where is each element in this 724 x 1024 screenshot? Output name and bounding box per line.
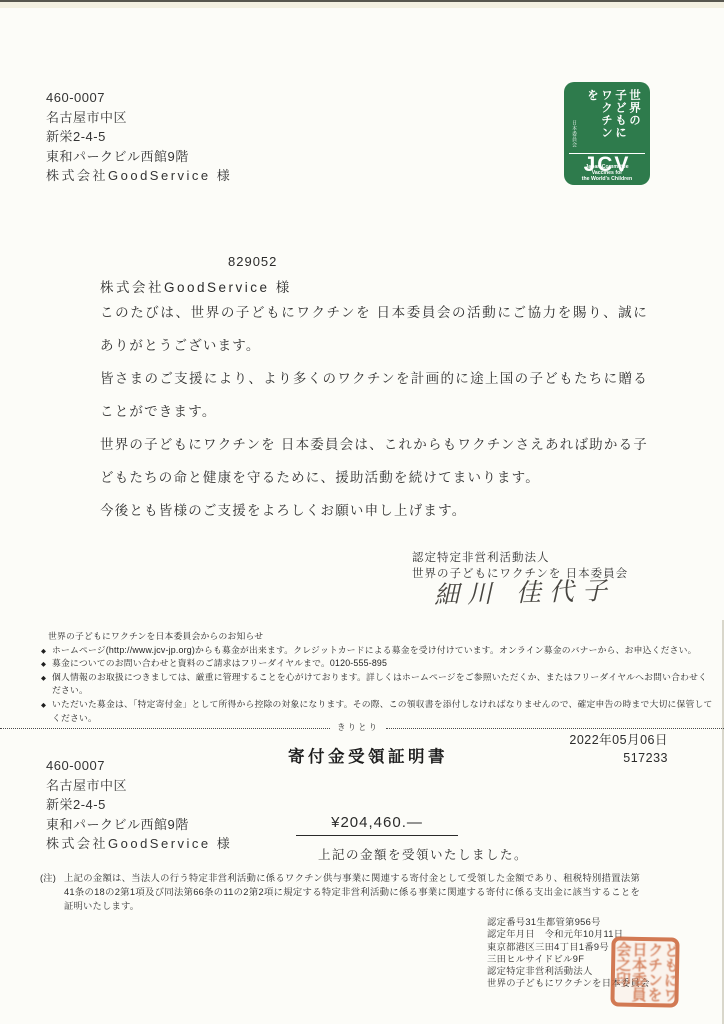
note-text: 上記の金額は、当法人の行う特定非営利活動に係るワクチン供与事業に関連する寄付金と… (40, 872, 640, 913)
notice-bullet-text: ホームページ(http://www.jcv-jp.org)からも募金が出来ます。… (52, 645, 697, 655)
notice-section: 世界の子どもにワクチンを日本委員会からのお知らせ ◆ ホームページ(http:/… (40, 630, 716, 725)
receipt-serial: 517233 (500, 749, 668, 767)
address-city: 名古屋市中区 (46, 776, 232, 796)
notice-bullet-text: 個人情報のお取扱につきましては、厳重に管理することを心がけております。詳しくはホ… (52, 672, 707, 696)
letter-paragraph: 今後とも皆様のご支援をよろしくお願い申し上げます。 (100, 494, 648, 527)
recipient-company: 株式会社GoodService 様 (46, 834, 232, 854)
handwritten-signature: 細川 佳代子 (434, 582, 628, 603)
address-street: 新栄2-4-5 (46, 127, 232, 147)
signature-org-type: 認定特定非営利活動法人 (412, 551, 628, 567)
notice-bullet: ◆ 募金についてのお問い合わせと資料のご請求はフリーダイヤルまで。0120-55… (40, 657, 716, 671)
salutation: 株式会社GoodService 様 (100, 276, 292, 296)
letter-paragraph: 世界の子どもにワクチンを 日本委員会は、これからもワクチンさえあれば助かる子ども… (100, 428, 648, 494)
recipient-company: 株式会社GoodService 様 (46, 166, 232, 186)
logo-vertical-subtitle: 日本委員会 (571, 120, 578, 148)
receipt-meta: 2022年05月06日 517233 (500, 731, 668, 767)
cut-line-dashes (0, 728, 330, 729)
legal-note: (注) 上記の金額は、当法人の行う特定非営利活動に係るワクチン供与事業に関連する… (40, 872, 640, 913)
received-note: 上記の金額を受領いたしました。 (318, 845, 528, 863)
donation-amount: ¥204,460.— (296, 814, 458, 836)
signature-block: 認定特定非営利活動法人 世界の子どもにワクチンを 日本委員会 細川 佳代子 (412, 551, 628, 601)
notice-bullet-text: いただいた募金は、「特定寄付金」として所得から控除の対象になります。その際、この… (52, 699, 713, 723)
receipt-recipient-address-block: 460-0007 名古屋市中区 新栄2-4-5 東和パークビル西館9階 株式会社… (46, 756, 232, 854)
bullet-icon: ◆ (41, 699, 46, 713)
address-city: 名古屋市中区 (46, 108, 232, 128)
postal-code: 460-0007 (46, 88, 232, 108)
cut-line-label: きりとり (330, 721, 386, 733)
bullet-icon: ◆ (41, 672, 46, 686)
notice-bullet-text: 募金についてのお問い合わせと資料のご請求はフリーダイヤルまで。0120-555-… (52, 658, 387, 668)
letter-body: このたびは、世界の子どもにワクチンを 日本委員会の活動にご協力を賜り、誠にありが… (100, 296, 648, 527)
notice-heading: 世界の子どもにワクチンを日本委員会からのお知らせ (40, 630, 716, 644)
letter-paragraph: このたびは、世界の子どもにワクチンを 日本委員会の活動にご協力を賜り、誠にありが… (100, 296, 648, 362)
note-label: (注) (40, 872, 56, 886)
address-building: 東和パークビル西館9階 (46, 147, 232, 167)
seal-text: 世界の子どもにワクチンを日本委員会之印 (614, 940, 679, 1004)
letter-paragraph: 皆さまのご支援により、より多くのワクチンを計画的に途上国の子どもたちに贈ることが… (100, 362, 648, 428)
cut-line-dashes (386, 728, 724, 729)
notice-bullet: ◆ ホームページ(http://www.jcv-jp.org)からも募金が出来ま… (40, 644, 716, 658)
postal-code: 460-0007 (46, 756, 232, 776)
bullet-icon: ◆ (41, 658, 46, 672)
donation-receipt-letter: 460-0007 名古屋市中区 新栄2-4-5 東和パークビル西館9階 株式会社… (0, 0, 724, 1024)
notice-bullet: ◆ 個人情報のお取扱につきましては、厳重に管理することを心がけております。詳しく… (40, 671, 716, 698)
receipt-title: 寄付金受領証明書 (288, 743, 448, 767)
address-building: 東和パークビル西館9階 (46, 815, 232, 835)
scan-edge-tint (0, 2, 724, 8)
jcv-logo: 世界の 子どもに ワクチン を 日本委員会 JCV Japan Committe… (564, 82, 650, 185)
receipt-date: 2022年05月06日 (500, 731, 668, 749)
issuer-certification-number: 認定番号31生都管第956号 (487, 916, 650, 928)
bullet-icon: ◆ (41, 645, 46, 659)
reference-number: 829052 (228, 254, 277, 269)
official-seal-stamp: 世界の子どもにワクチンを日本委員会之印 (610, 936, 679, 1007)
recipient-address-block: 460-0007 名古屋市中区 新栄2-4-5 東和パークビル西館9階 株式会社… (46, 88, 232, 186)
logo-tagline: Japan Committee Vaccines for the World's… (564, 164, 650, 182)
logo-vertical-title: 世界の 子どもに ワクチン を (585, 89, 641, 151)
address-street: 新栄2-4-5 (46, 795, 232, 815)
